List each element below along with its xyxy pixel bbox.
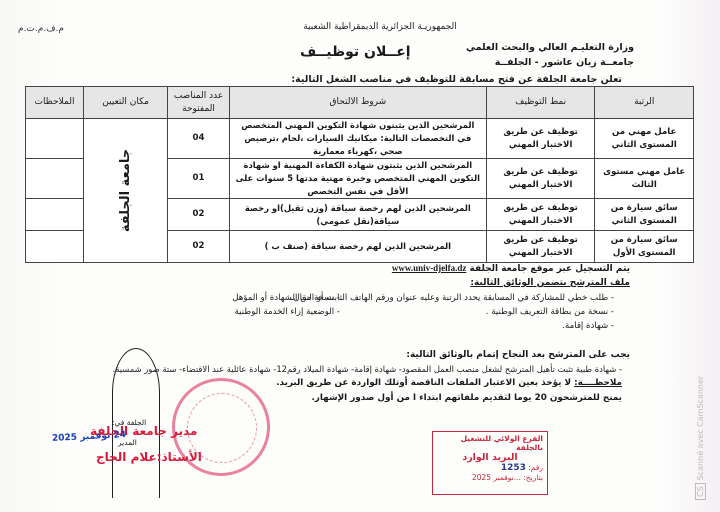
cell-conditions: المرشحين الذين لهم رخصة سياقة (صنف ب ) [229,231,486,263]
cell-rank: عامل مهني مستوى الثالث [595,159,694,199]
cell-count: 01 [168,159,230,199]
camscanner-icon: CS [695,483,706,500]
note-label: ملاحظــــة: [574,378,622,388]
announcement-title: إعــلان توظيــف [300,44,411,60]
cell-conditions: المرشحين الذين يثبتون شهادة الكفاءة المه… [229,159,486,199]
table-header-row: الرتبة نمط التوظيف شروط الالتحاق عدد الم… [26,87,694,119]
republic-header: الجمهوريـة الجزائرية الديمقراطية الشعبية [0,22,720,32]
cell-mode: توظيف عن طريق الاختبار المهني [486,231,595,263]
table-row: عامل مهني من المستوى الثاني توظيف عن طري… [26,119,694,159]
header-place: مكان التعيين [83,87,167,119]
registry-stamp: الفرع الولائي للتشغيل بالجلفة البريد الو… [432,431,548,495]
cell-mode: توظيف عن طريق الاختبار المهني [486,119,595,159]
header-conditions: شروط الالتحاق [229,87,486,119]
after-success-title: يجب على المترشح بعد النجاح إتمام بالوثائ… [406,350,630,360]
cell-notes [26,159,84,199]
registry-date-label: بتاريخ: [523,473,543,482]
cell-count: 02 [168,231,230,263]
file-item: - نسخة من الشهادة أو المؤهل [232,293,340,303]
registration-text: يتم التسجيل عبر موقع جامعة الجلفة [470,264,630,274]
cell-conditions: المرشحين الذين لهم رخصة سياقة (وزن ثقيل)… [229,199,486,231]
file-item: - شهادة إقامة. [562,321,614,331]
jobs-table: الرتبة نمط التوظيف شروط الالتحاق عدد الم… [25,86,694,263]
cell-mode: توظيف عن طريق الاختبار المهني [486,199,595,231]
registry-stamp-office: الفرع الولائي للتشغيل بالجلفة [437,434,543,452]
registration-link[interactable]: www.univ-djelfa.dz [392,263,467,273]
registry-number-value: 1253 [501,463,526,473]
registry-date-value: ...نوفمبر 2025 [472,473,521,482]
scanner-watermark: CSScanné avec CamScanner [696,376,705,500]
file-section-title: ملف المترشح يتضمن الوثائق التالية: [470,278,630,288]
after-success-item: - شهادة طبية تثبت تأهيل المترشح لشغل منص… [113,364,622,374]
note-line: ملاحظــــة: لا يؤخذ بعين الاعتبار الملفا… [276,378,622,388]
cell-notes [26,231,84,263]
university-name: جامعــة زيان عاشور - الجلفــة [495,57,634,68]
header-rank: الرتبة [595,87,694,119]
cell-count: 04 [168,119,230,159]
cell-place: جامعة الجلفة [83,119,167,263]
header-count: عدد المناصب المفتوحة [168,87,230,119]
cell-count: 02 [168,199,230,231]
document-page: م.ف.م.ت.م الجمهوريـة الجزائرية الديمقراط… [0,0,720,512]
cell-rank: سائق سيارة من المستوى الثاني [595,199,694,231]
registry-stamp-number: رقم: 1253 [437,463,543,473]
place-value: جامعة الجلفة [119,149,132,232]
registration-line: يتم التسجيل عبر موقع جامعة الجلفة www.un… [388,263,630,274]
registry-stamp-date: بتاريخ: ...نوفمبر 2025 [437,473,543,482]
file-item: - نسخة من بطاقة التعريف الوطنية . [486,307,614,317]
watermark-text: Scanné avec CamScanner [696,376,705,481]
cell-mode: توظيف عن طريق الاختبار المهني [486,159,595,199]
ministry-name: وزارة التعليـم العالي والبحث العلمي [466,42,634,53]
director-stamp-line2: الأستاذ:علام الحاج [96,450,202,464]
cell-notes [26,199,84,231]
deadline-text: يمنح للمترشحون 20 يوما لتقديم ملفاتهم اب… [311,393,622,403]
cell-notes [26,119,84,159]
header-mode: نمط التوظيف [486,87,595,119]
registry-number-label: رقم: [528,463,543,472]
note-text: لا يؤخذ بعين الاعتبار الملفات الناقصة أو… [276,378,574,388]
cell-rank: سائق سيارة من المستوى الأول [595,231,694,263]
registry-stamp-mail: البريد الوارد [437,452,543,463]
intro-text: تعلن جامعة الجلفة عن فتح مسابقة للتوظيف … [291,74,622,85]
cell-rank: عامل مهني من المستوى الثاني [595,119,694,159]
file-item: - الوضعية إزاء الخدمة الوطنية [235,307,340,317]
cell-conditions: المرشحين الذين يثبتون شهادة التكوين المه… [229,119,486,159]
header-notes: الملاحظات [26,87,84,119]
